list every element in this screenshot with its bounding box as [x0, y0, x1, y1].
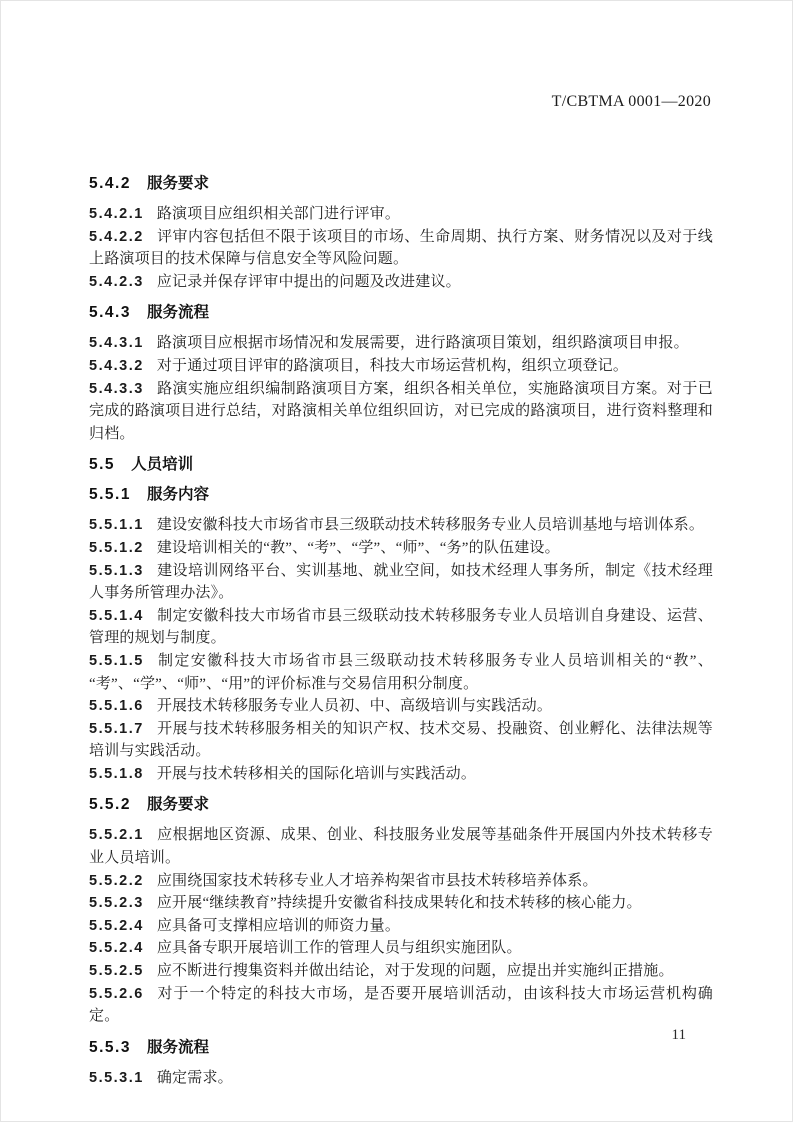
clause-number: 5.5.2.2 — [89, 873, 144, 889]
clause: 5.5.1.1建设安徽科技大市场省市县三级联动技术转移服务专业人员培训基地与培训… — [89, 514, 713, 537]
clause-text: 对于通过项目评审的路演项目，科技大市场运营机构，组织立项登记。 — [157, 358, 628, 374]
clause-text: 应具备专职开展培训工作的管理人员与组织实施团队。 — [157, 940, 522, 956]
doc-code-header: T/CBTMA 0001—2020 — [552, 93, 711, 111]
clause-text: 开展与技术转移服务相关的知识产权、技术交易、投融资、创业孵化、法律法规等培训与实… — [89, 721, 713, 760]
clause: 5.5.2.2应围绕国家技术转移专业人才培养构架省市县技术转移培养体系。 — [89, 870, 713, 893]
heading-number: 5.5 — [89, 456, 115, 473]
clause-number: 5.5.1.1 — [89, 517, 144, 533]
clause-text: 开展与技术转移相关的国际化培训与实践活动。 — [157, 766, 476, 782]
heading-number: 5.5.1 — [89, 486, 131, 503]
clause: 5.5.1.3建设培训网络平台、实训基地、就业空间，如技术经理人事务所，制定《技… — [89, 560, 713, 605]
clause-number: 5.5.1.5 — [89, 653, 144, 669]
clause: 5.4.2.1路演项目应组织相关部门进行评审。 — [89, 203, 713, 226]
clause: 5.5.1.4制定安徽科技大市场省市县三级联动技术转移服务专业人员培训自身建设、… — [89, 605, 713, 650]
clause-text: 开展技术转移服务专业人员初、中、高级培训与实践活动。 — [157, 698, 552, 714]
clause: 5.4.2.2评审内容包括但不限于该项目的市场、生命周期、执行方案、财务情况以及… — [89, 226, 713, 271]
clause-number: 5.5.2.5 — [89, 963, 144, 979]
clause: 5.4.3.3路演实施应组织编制路演项目方案，组织各相关单位，实施路演项目方案。… — [89, 378, 713, 446]
clause: 5.5.3.1确定需求。 — [89, 1067, 713, 1090]
section-heading: 5.5人员培训 — [89, 455, 713, 475]
heading-number: 5.5.3 — [89, 1039, 131, 1056]
heading-title: 服务内容 — [147, 486, 209, 503]
clause-number: 5.4.3.1 — [89, 335, 144, 351]
clause-text: 确定需求。 — [157, 1070, 233, 1086]
section-heading: 5.4.3服务流程 — [89, 303, 713, 323]
clause: 5.5.2.1应根据地区资源、成果、创业、科技服务业发展等基础条件开展国内外技术… — [89, 824, 713, 869]
clause-number: 5.5.2.4 — [89, 918, 144, 934]
heading-title: 服务要求 — [147, 796, 209, 813]
clause-text: 对于一个特定的科技大市场，是否要开展培训活动，由该科技大市场运营机构确定。 — [89, 986, 713, 1025]
section-heading: 5.4.2服务要求 — [89, 174, 713, 194]
clause-text: 路演实施应组织编制路演项目方案，组织各相关单位，实施路演项目方案。对于已完成的路… — [89, 381, 713, 442]
clause: 5.4.3.2对于通过项目评审的路演项目，科技大市场运营机构，组织立项登记。 — [89, 355, 713, 378]
section-heading: 5.5.2服务要求 — [89, 795, 713, 815]
clause-number: 5.4.2.3 — [89, 274, 144, 290]
clause-text: 路演项目应根据市场情况和发展需要，进行路演项目策划，组织路演项目申报。 — [157, 335, 689, 351]
clause: 5.5.2.4应具备专职开展培训工作的管理人员与组织实施团队。 — [89, 937, 713, 960]
clause-number: 5.5.3.1 — [89, 1070, 144, 1086]
clause-text: 制定安徽科技大市场省市县三级联动技术转移服务专业人员培训自身建设、运营、管理的规… — [89, 608, 713, 647]
clause-text: 路演项目应组织相关部门进行评审。 — [157, 206, 400, 222]
clause: 5.4.2.3应记录并保存评审中提出的问题及改进建议。 — [89, 271, 713, 294]
clause-number: 5.5.1.3 — [89, 563, 144, 579]
clause-text: 应围绕国家技术转移专业人才培养构架省市县技术转移培养体系。 — [157, 873, 598, 889]
clause-number: 5.5.1.8 — [89, 766, 144, 782]
section-heading: 5.5.1服务内容 — [89, 485, 713, 505]
clause: 5.5.1.5制定安徽科技大市场省市县三级联动技术转移服务专业人员培训相关的“教… — [89, 650, 713, 695]
heading-title: 服务流程 — [147, 304, 209, 321]
clause: 5.5.2.5应不断进行搜集资料并做出结论，对于发现的问题，应提出并实施纠正措施… — [89, 960, 713, 983]
clause-text: 应不断进行搜集资料并做出结论，对于发现的问题，应提出并实施纠正措施。 — [157, 963, 674, 979]
clause-number: 5.4.3.3 — [89, 381, 144, 397]
clause-number: 5.5.2.4 — [89, 940, 144, 956]
clause-text: 建设培训网络平台、实训基地、就业空间，如技术经理人事务所，制定《技术经理人事务所… — [89, 563, 713, 602]
heading-number: 5.4.2 — [89, 175, 131, 192]
clause-text: 应根据地区资源、成果、创业、科技服务业发展等基础条件开展国内外技术转移专业人员培… — [89, 827, 713, 866]
heading-number: 5.4.3 — [89, 304, 131, 321]
clause-text: 建设安徽科技大市场省市县三级联动技术转移服务专业人员培训基地与培训体系。 — [157, 517, 704, 533]
heading-title: 服务要求 — [147, 175, 209, 192]
clause: 5.5.1.7开展与技术转移服务相关的知识产权、技术交易、投融资、创业孵化、法律… — [89, 718, 713, 763]
clause-text: 评审内容包括但不限于该项目的市场、生命周期、执行方案、财务情况以及对于线上路演项… — [89, 229, 713, 268]
clause: 5.5.1.6开展技术转移服务专业人员初、中、高级培训与实践活动。 — [89, 695, 713, 718]
clause-number: 5.5.1.4 — [89, 608, 144, 624]
heading-title: 人员培训 — [131, 456, 193, 473]
heading-number: 5.5.2 — [89, 796, 131, 813]
clause-text: 应具备可支撑相应培训的师资力量。 — [157, 918, 400, 934]
clause-number: 5.5.1.2 — [89, 540, 144, 556]
clause-number: 5.4.3.2 — [89, 358, 144, 374]
clause-number: 5.5.2.6 — [89, 986, 144, 1002]
clause: 5.5.2.4应具备可支撑相应培训的师资力量。 — [89, 915, 713, 938]
clause-number: 5.4.2.1 — [89, 206, 144, 222]
clause-number: 5.5.2.1 — [89, 827, 144, 843]
clause-text: 建设培训相关的“教”、“考”、“学”、“师”、“务”的队伍建设。 — [157, 540, 560, 556]
document-body: 5.4.2服务要求5.4.2.1路演项目应组织相关部门进行评审。5.4.2.2评… — [89, 164, 713, 1089]
clause-number: 5.5.2.3 — [89, 895, 144, 911]
heading-title: 服务流程 — [147, 1039, 209, 1056]
clause-number: 5.5.1.6 — [89, 698, 144, 714]
clause-number: 5.4.2.2 — [89, 229, 144, 245]
document-page: T/CBTMA 0001—2020 5.4.2服务要求5.4.2.1路演项目应组… — [0, 0, 793, 1122]
clause: 5.5.1.8开展与技术转移相关的国际化培训与实践活动。 — [89, 763, 713, 786]
clause-text: 应记录并保存评审中提出的问题及改进建议。 — [157, 274, 461, 290]
clause: 5.4.3.1路演项目应根据市场情况和发展需要，进行路演项目策划，组织路演项目申… — [89, 332, 713, 355]
clause-text: 制定安徽科技大市场省市县三级联动技术转移服务专业人员培训相关的“教”、“考”、“… — [89, 653, 713, 692]
section-heading: 5.5.3服务流程 — [89, 1038, 713, 1058]
page-number: 11 — [672, 1027, 686, 1044]
clause: 5.5.1.2建设培训相关的“教”、“考”、“学”、“师”、“务”的队伍建设。 — [89, 537, 713, 560]
clause-number: 5.5.1.7 — [89, 721, 144, 737]
clause: 5.5.2.3应开展“继续教育”持续提升安徽省科技成果转化和技术转移的核心能力。 — [89, 892, 713, 915]
clause-text: 应开展“继续教育”持续提升安徽省科技成果转化和技术转移的核心能力。 — [157, 895, 642, 911]
clause: 5.5.2.6对于一个特定的科技大市场，是否要开展培训活动，由该科技大市场运营机… — [89, 983, 713, 1028]
